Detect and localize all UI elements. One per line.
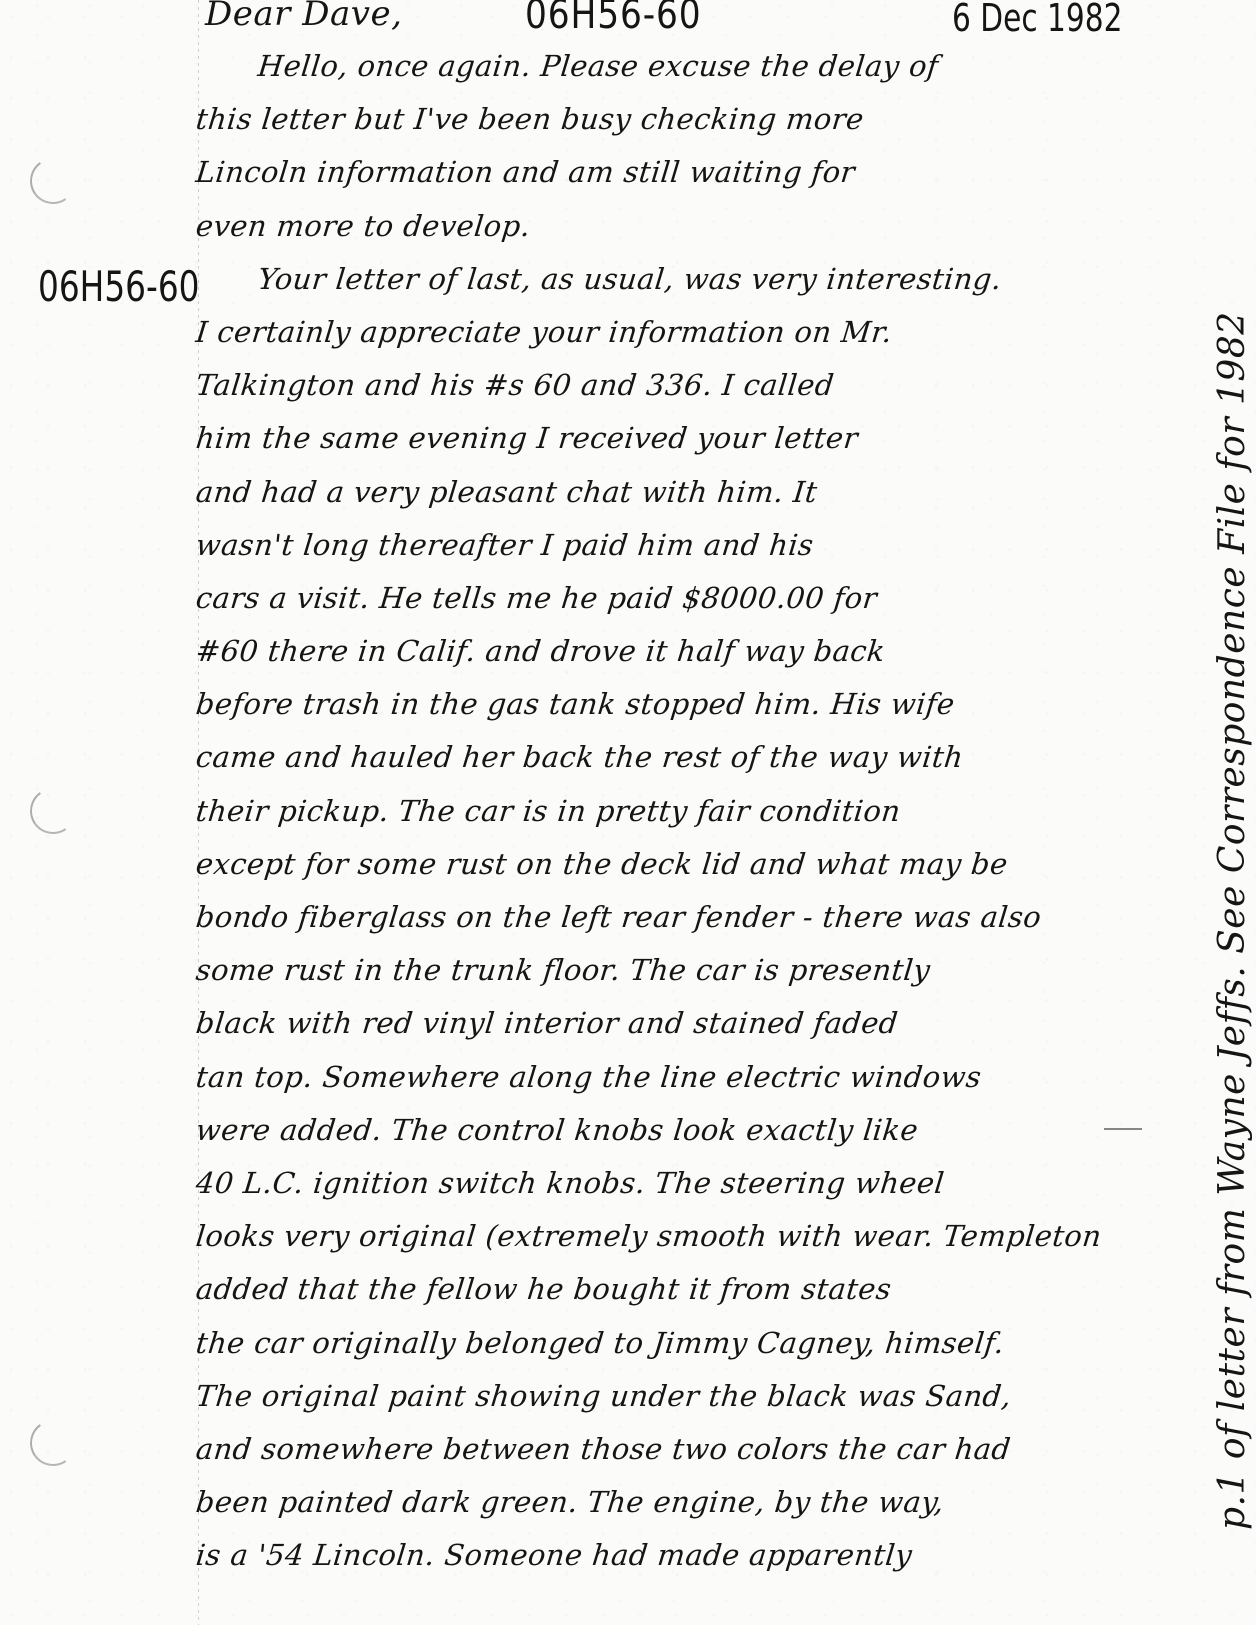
letter-line: is a '54 Lincoln. Someone had made appar… [193, 1529, 1099, 1582]
letter-line: came and hauled her back the rest of the… [193, 731, 1099, 784]
hole-punch-mark [26, 1416, 79, 1469]
letter-line: added that the fellow he bought it from … [193, 1263, 1099, 1316]
letter-line: this letter but I've been busy checking … [193, 93, 1099, 146]
letter-line: bondo fiberglass on the left rear fender… [193, 891, 1099, 944]
letter-line: Lincoln information and am still waiting… [193, 146, 1099, 199]
letter-line: 40 L.C. ignition switch knobs. The steer… [193, 1157, 1099, 1210]
letter-line: The original paint showing under the bla… [193, 1370, 1099, 1423]
letter-date: 6 Dec 1982 [952, 0, 1122, 40]
letter-line: looks very original (extremely smooth wi… [193, 1210, 1099, 1263]
letter-line: I certainly appreciate your information … [193, 306, 1099, 359]
side-annotation: p.1 of letter from Wayne Jeffs. See Corr… [1212, 311, 1253, 1530]
letter-line: and somewhere between those two colors t… [193, 1423, 1099, 1476]
letter-greeting: Dear Dave, [205, 0, 402, 34]
hole-punch-mark [26, 784, 79, 837]
letter-line: him the same evening I received your let… [193, 412, 1099, 465]
reference-number: 06H56-60 [525, 0, 701, 38]
letter-line: their pickup. The car is in pretty fair … [193, 785, 1099, 838]
letter-line: and had a very pleasant chat with him. I… [193, 466, 1099, 519]
letter-line: except for some rust on the deck lid and… [193, 838, 1099, 891]
scanned-letter-page: Dear Dave, 06H56-60 6 Dec 1982 06H56-60 … [0, 0, 1256, 1625]
letter-line: Hello, once again. Please excuse the del… [193, 40, 1099, 93]
letter-line: #60 there in Calif. and drove it half wa… [193, 625, 1099, 678]
letter-line: Talkington and his #s 60 and 336. I call… [193, 359, 1099, 412]
letter-line: been painted dark green. The engine, by … [193, 1476, 1099, 1529]
letter-line: even more to develop. [193, 200, 1099, 253]
margin-reference-number: 06H56-60 [38, 262, 200, 311]
hole-punch-mark [26, 154, 79, 207]
stray-pen-mark [1104, 1128, 1142, 1130]
letter-line: tan top. Somewhere along the line electr… [193, 1051, 1099, 1104]
letter-line: Your letter of last, as usual, was very … [193, 253, 1099, 306]
letter-line: the car originally belonged to Jimmy Cag… [193, 1317, 1099, 1370]
letter-line: cars a visit. He tells me he paid $8000.… [193, 572, 1099, 625]
letter-line: were added. The control knobs look exact… [193, 1104, 1099, 1157]
letter-line: black with red vinyl interior and staine… [193, 997, 1099, 1050]
letter-body: Hello, once again. Please excuse the del… [196, 40, 1096, 1582]
letter-line: before trash in the gas tank stopped him… [193, 678, 1099, 731]
letter-line: wasn't long thereafter I paid him and hi… [193, 519, 1099, 572]
letter-line: some rust in the trunk floor. The car is… [193, 944, 1099, 997]
